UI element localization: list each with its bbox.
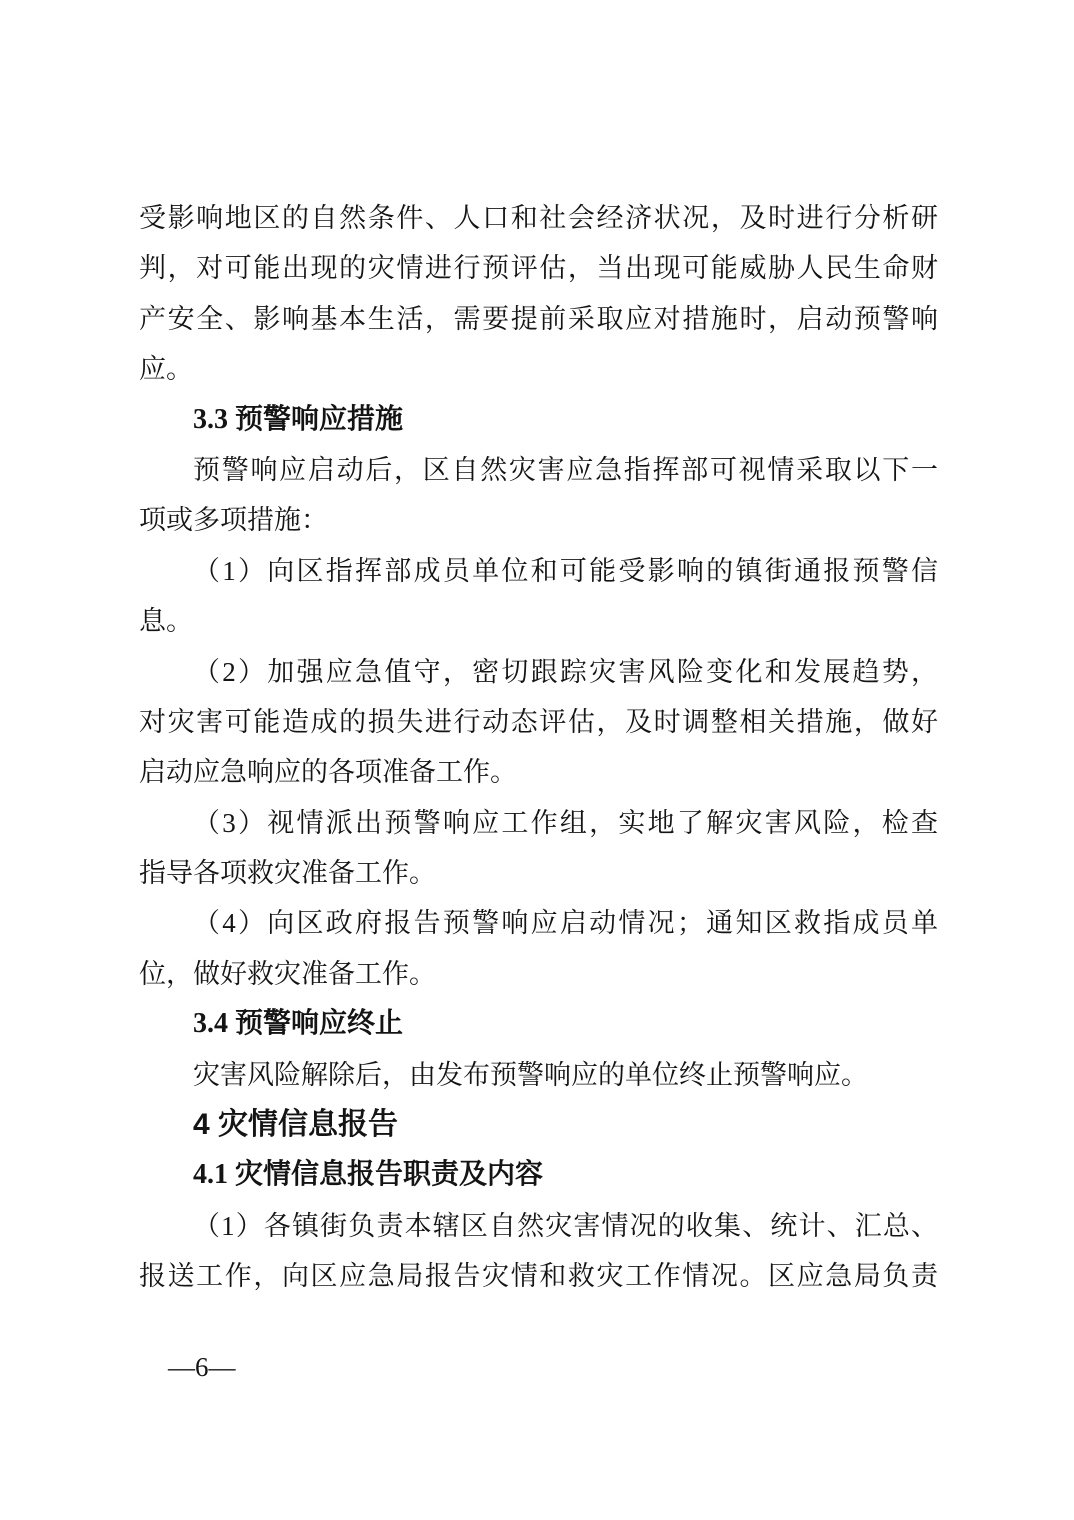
paragraph-line: （1）向区指挥部成员单位和可能受影响的镇街通报预警信 [139,546,938,596]
section-heading-3-4: 3.4 预警响应终止 [139,999,938,1049]
text-column: 受影响地区的自然条件、人口和社会经济状况，及时进行分析研 判，对可能出现的灾情进… [139,193,938,1302]
paragraph-line: （1）各镇街负责本辖区自然灾害情况的收集、统计、汇总、 [139,1201,938,1251]
paragraph-line: 灾害风险解除后，由发布预警响应的单位终止预警响应。 [139,1050,938,1100]
paragraph-line: 位，做好救灾准备工作。 [139,949,938,999]
section-heading-4-1: 4.1 灾情信息报告职责及内容 [139,1150,938,1200]
paragraph-line: 产安全、影响基本生活，需要提前采取应对措施时，启动预警响 [139,294,938,344]
page-number: —6— [168,1347,236,1387]
paragraph-line: 预警响应启动后，区自然灾害应急指挥部可视情采取以下一 [139,445,938,495]
paragraph-line: 应。 [139,344,938,394]
paragraph-line: （4）向区政府报告预警响应启动情况；通知区救指成员单 [139,898,938,948]
paragraph-line: 启动应急响应的各项准备工作。 [139,747,938,797]
paragraph-line: 受影响地区的自然条件、人口和社会经济状况，及时进行分析研 [139,193,938,243]
paragraph-line: 对灾害可能造成的损失进行动态评估，及时调整相关措施，做好 [139,697,938,747]
section-heading-3-3: 3.3 预警响应措施 [139,395,938,445]
paragraph-line: 指导各项救灾准备工作。 [139,848,938,898]
paragraph-line: （3）视情派出预警响应工作组，实地了解灾害风险，检查 [139,798,938,848]
chapter-heading-4: 4 灾情信息报告 [139,1100,938,1150]
paragraph-line: 判，对可能出现的灾情进行预评估，当出现可能威胁人民生命财 [139,243,938,293]
document-page: 受影响地区的自然条件、人口和社会经济状况，及时进行分析研 判，对可能出现的灾情进… [0,0,1074,1520]
paragraph-line: 报送工作，向区应急局报告灾情和救灾工作情况。区应急局负责 [139,1251,938,1301]
paragraph-line: 息。 [139,596,938,646]
paragraph-line: 项或多项措施： [139,495,938,545]
paragraph-line: （2）加强应急值守，密切跟踪灾害风险变化和发展趋势， [139,647,938,697]
